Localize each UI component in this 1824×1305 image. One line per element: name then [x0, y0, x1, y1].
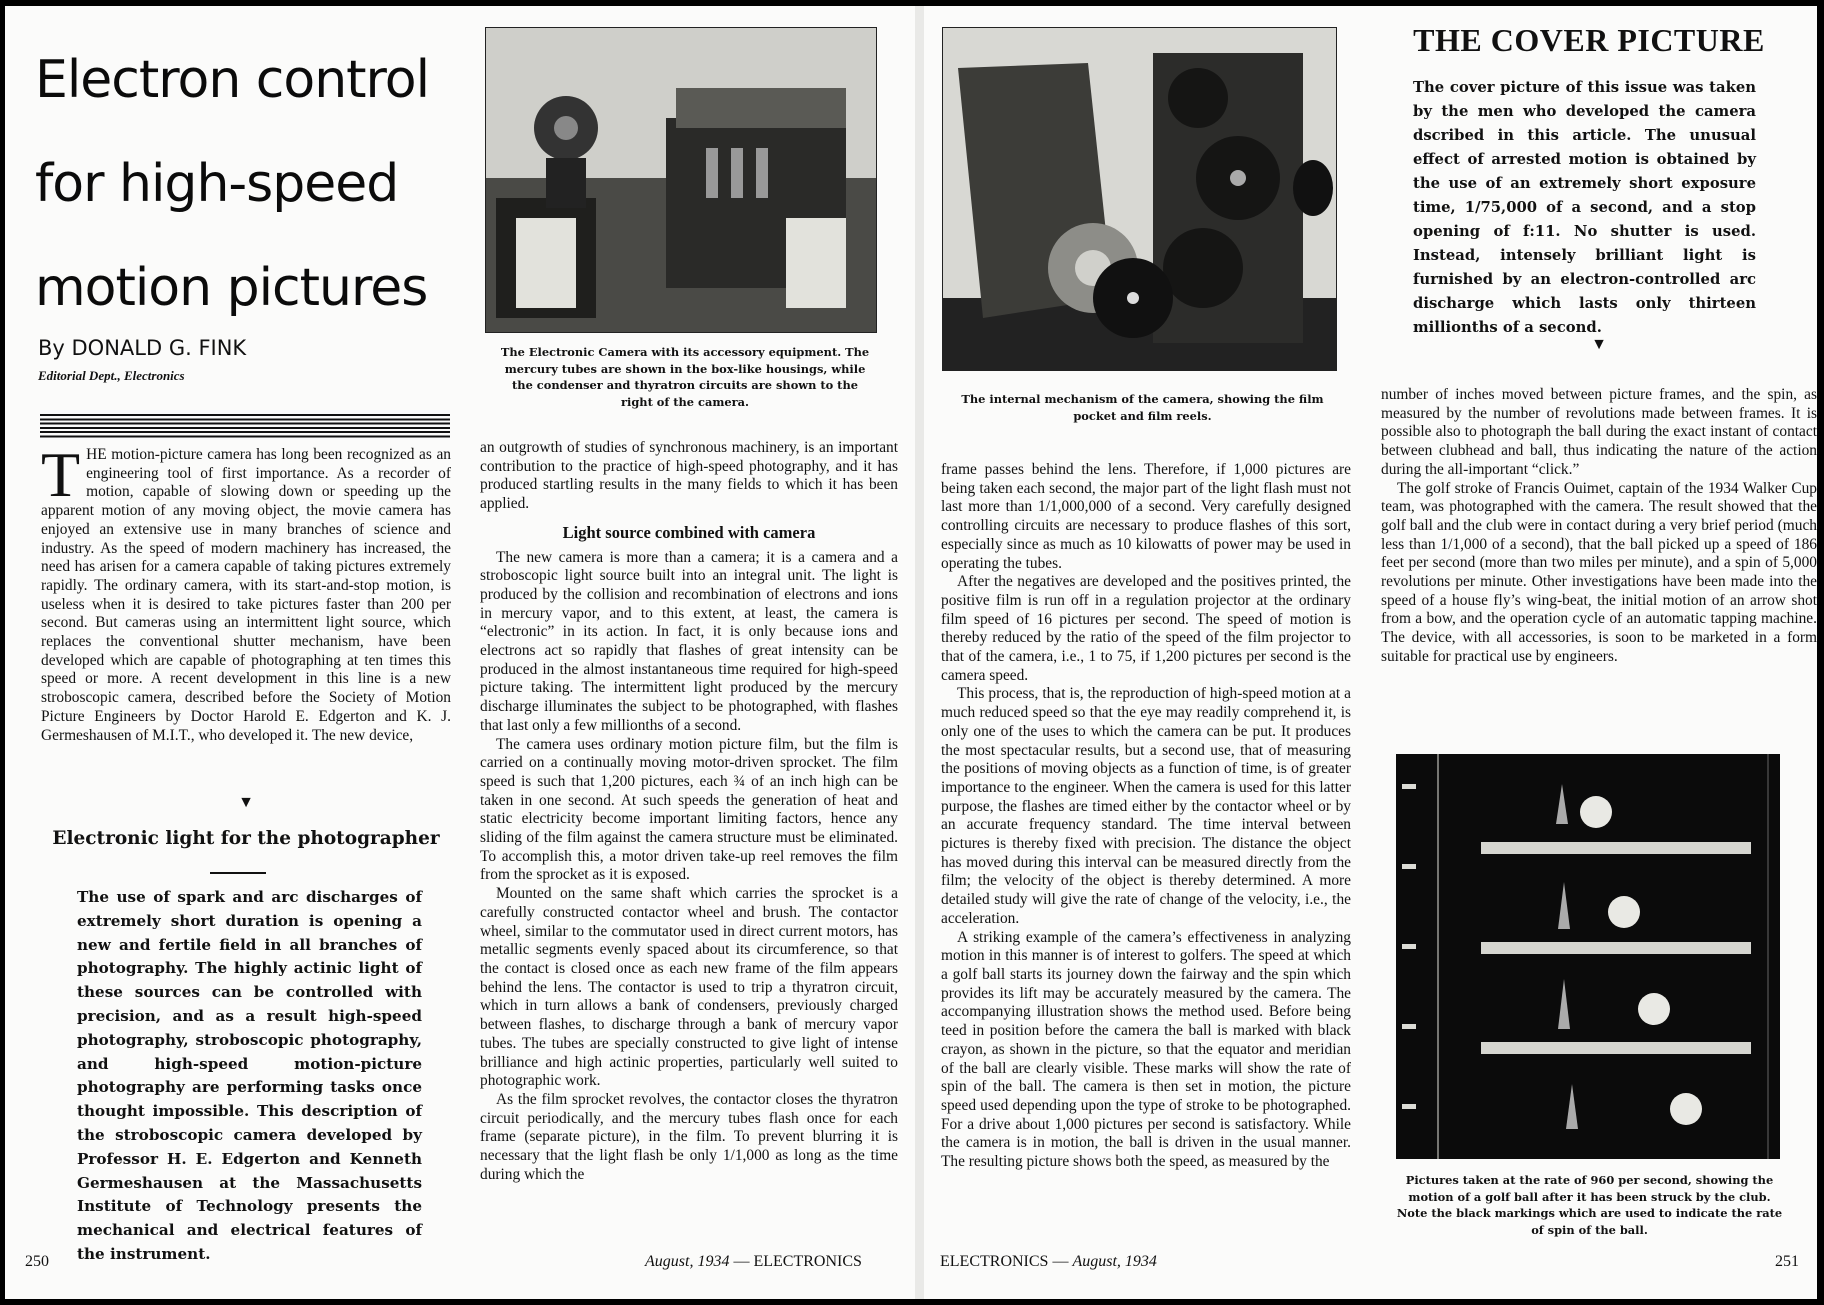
cover-picture-title: THE COVER PICTURE	[1403, 22, 1775, 59]
article-column-4: number of inches moved between picture f…	[1381, 386, 1817, 667]
intro-text: HE motion-picture camera has long been r…	[41, 446, 451, 744]
col3-paragraph: frame passes behind the lens. Therefore,…	[941, 461, 1351, 573]
article-column-2: an outgrowth of studies of synchronous m…	[480, 439, 898, 1184]
mechanism-photo	[942, 27, 1337, 371]
heading-rule	[210, 872, 266, 874]
left-folio: 250	[25, 1253, 49, 1271]
drop-cap: T	[41, 450, 80, 500]
author-department: Editorial Dept., Electronics	[38, 368, 185, 384]
cover-picture-text: The cover picture of this issue was take…	[1413, 76, 1756, 340]
intro-column: T HE motion-picture camera has long been…	[41, 446, 451, 745]
col2-paragraph: As the film sprocket revolves, the conta…	[480, 1091, 898, 1185]
footer-magazine: — ELECTRONICS	[729, 1253, 861, 1270]
byline: By DONALD G. FINK	[38, 336, 246, 360]
col2-paragraph: Mounted on the same shaft which carries …	[480, 885, 898, 1091]
section-divider-icon: ▼	[41, 794, 451, 812]
mechanism-photo-image	[943, 28, 1336, 370]
footer-magazine: ELECTRONICS —	[940, 1253, 1072, 1270]
equipment-caption: The Electronic Camera with its accessory…	[500, 344, 870, 410]
cover-divider-icon: ▼	[1381, 336, 1817, 354]
subhead-light-source: Light source combined with camera	[480, 524, 898, 543]
col2-paragraph: The new camera is more than a camera; it…	[480, 549, 898, 736]
golf-caption: Pictures taken at the rate of 960 per se…	[1392, 1172, 1787, 1238]
col3-paragraph: A striking example of the camera’s effec…	[941, 929, 1351, 1172]
col2-continuation: an outgrowth of studies of synchronous m…	[480, 439, 898, 514]
article-column-3: frame passes behind the lens. Therefore,…	[941, 461, 1351, 1172]
page-gutter	[915, 6, 924, 1299]
title-line-3: motion pictures	[35, 236, 455, 340]
footer-date: August, 1934	[645, 1253, 729, 1270]
right-running-footer: ELECTRONICS — August, 1934	[940, 1253, 1157, 1271]
filmstrip-image	[1396, 754, 1780, 1159]
mechanism-caption: The internal mechanism of the camera, sh…	[960, 391, 1325, 424]
col2-paragraph: The camera uses ordinary motion picture …	[480, 736, 898, 886]
article-title: Electron control for high-speed motion p…	[35, 28, 455, 340]
footer-date: August, 1934	[1072, 1253, 1156, 1270]
golf-ball-filmstrip-photo	[1396, 754, 1780, 1159]
title-line-2: for high-speed	[35, 132, 455, 236]
col4-paragraph: The golf stroke of Francis Ouimet, capta…	[1381, 480, 1817, 667]
left-running-footer: August, 1934 — ELECTRONICS	[645, 1253, 862, 1271]
magazine-spread: Electron control for high-speed motion p…	[5, 6, 1817, 1299]
title-line-1: Electron control	[35, 28, 455, 132]
sidebar-summary: The use of spark and arc discharges of e…	[77, 886, 422, 1267]
col3-paragraph: After the negatives are developed and th…	[941, 573, 1351, 685]
col3-paragraph: This process, that is, the reproduction …	[941, 685, 1351, 928]
sidebar-heading: Electronic light for the photographer	[41, 828, 451, 849]
equipment-photo-image	[486, 28, 876, 332]
equipment-photo	[485, 27, 877, 333]
decorative-rules	[40, 414, 450, 438]
right-folio: 251	[1775, 1253, 1799, 1271]
col4-paragraph: number of inches moved between picture f…	[1381, 386, 1817, 480]
